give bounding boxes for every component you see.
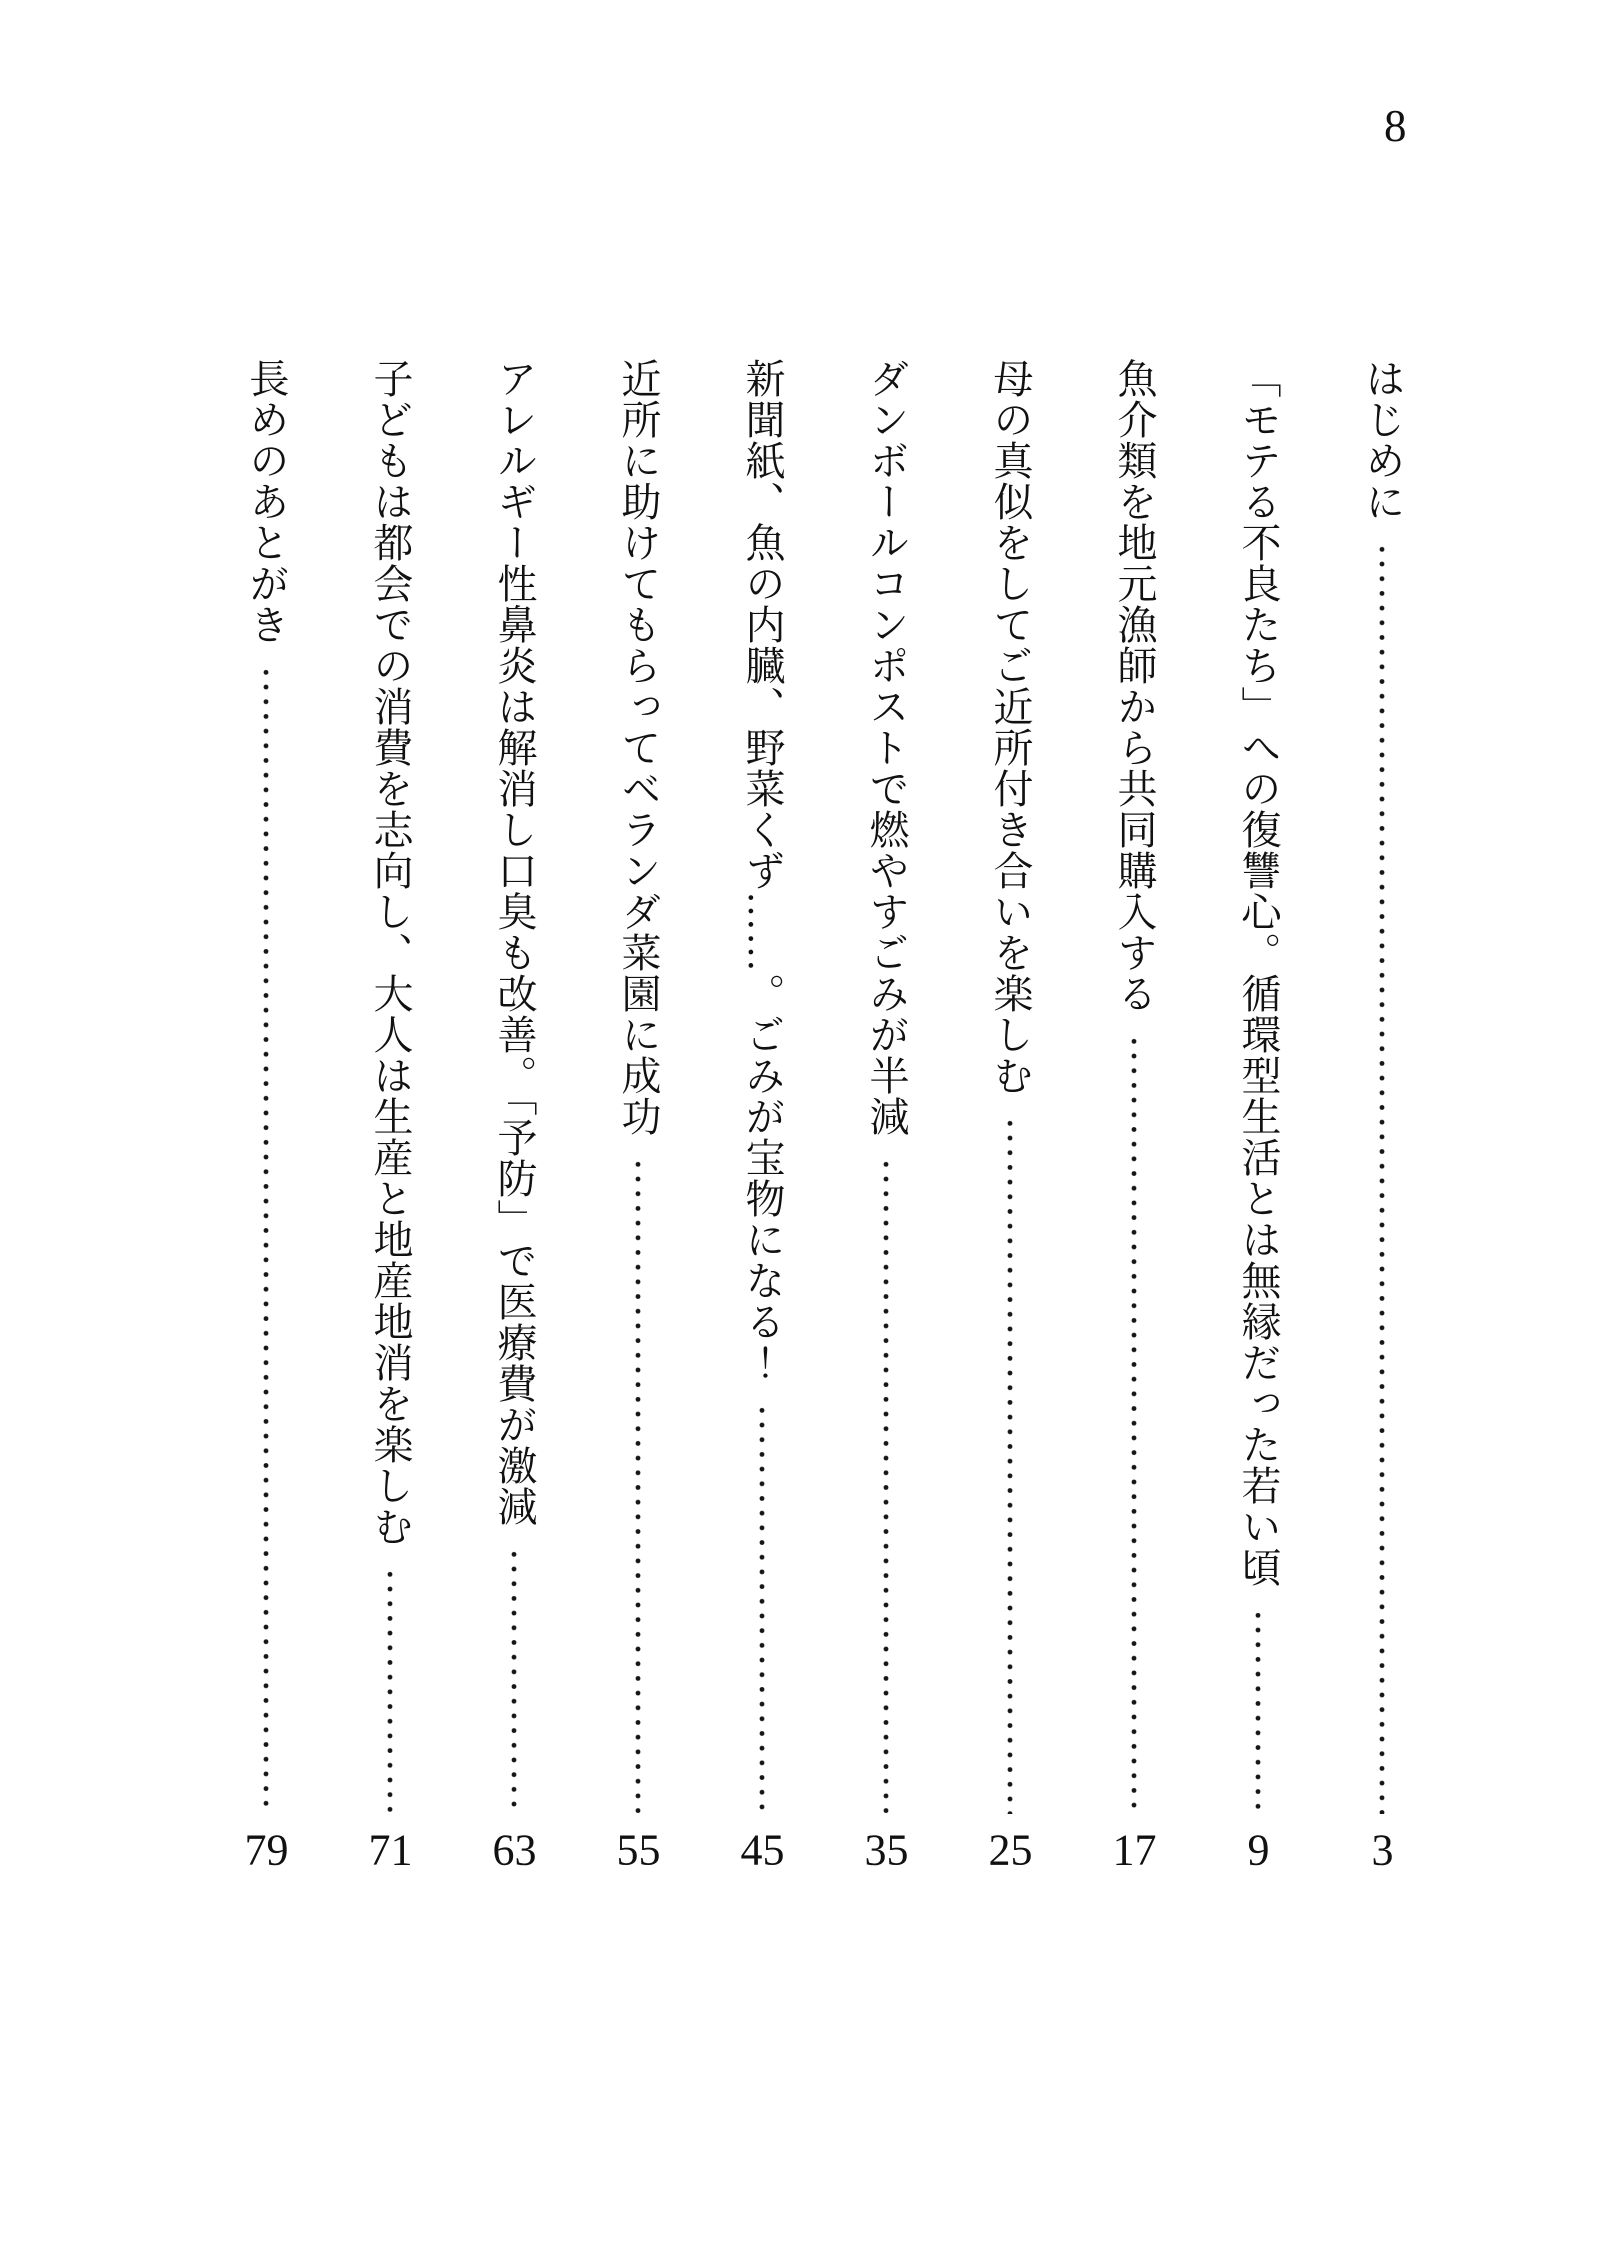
toc-dot-leader xyxy=(368,1567,412,1814)
toc-entry-page-number: 79 xyxy=(244,1828,288,1872)
toc-entry-page-number: 63 xyxy=(492,1828,536,1872)
toc-entry: 「モテる不良たち」への復讐心。循環型生活とは無縁だった若い頃 9 xyxy=(1236,358,1280,1872)
toc-entry-title: 「モテる不良たち」への復讐心。循環型生活とは無縁だった若い頃 xyxy=(1236,358,1280,1588)
toc-entry-title: はじめに xyxy=(1360,358,1404,522)
folio-page-number: 8 xyxy=(1384,104,1407,149)
toc-dot-leader xyxy=(1236,1608,1280,1814)
toc-entry-page-number: 25 xyxy=(988,1828,1032,1872)
toc-entry: 母の真似をしてご近所付き合いを楽しむ 25 xyxy=(988,358,1032,1872)
toc-entry-page-number: 71 xyxy=(368,1828,412,1872)
table-of-contents: はじめに 3 「モテる不良たち」への復讐心。循環型生活とは無縁だった若い頃 9 … xyxy=(244,358,1404,1872)
toc-dot-leader xyxy=(1360,542,1404,1814)
toc-entry-page-number: 55 xyxy=(616,1828,660,1872)
toc-dot-leader xyxy=(492,1547,536,1814)
toc-entry-title: ダンボールコンポストで燃やすごみが半減 xyxy=(864,358,908,1137)
toc-dot-leader xyxy=(740,1403,784,1814)
toc-entry: はじめに 3 xyxy=(1360,358,1404,1872)
toc-entry: 新聞紙、魚の内臓、野菜くず……。ごみが宝物になる！ 45 xyxy=(740,358,784,1872)
toc-entry-title: 母の真似をしてご近所付き合いを楽しむ xyxy=(988,358,1032,1096)
toc-entry: 子どもは都会での消費を志向し、大人は生産と地産地消を楽しむ 71 xyxy=(368,358,412,1872)
toc-entry-page-number: 45 xyxy=(740,1828,784,1872)
toc-entry-page-number: 3 xyxy=(1360,1828,1404,1872)
toc-entry-page-number: 35 xyxy=(864,1828,908,1872)
toc-dot-leader xyxy=(1112,1034,1156,1814)
toc-entry-page-number: 9 xyxy=(1236,1828,1280,1872)
toc-entry: 魚介類を地元漁師から共同購入する 17 xyxy=(1112,358,1156,1872)
toc-dot-leader xyxy=(616,1157,660,1814)
toc-entry-page-number: 17 xyxy=(1112,1828,1156,1872)
toc-entry-title: アレルギー性鼻炎は解消し口臭も改善。「予防」で医療費が激減 xyxy=(492,358,536,1527)
toc-entry: 長めのあとがき 79 xyxy=(244,358,288,1872)
toc-entry: 近所に助けてもらってベランダ菜園に成功 55 xyxy=(616,358,660,1872)
toc-dot-leader xyxy=(988,1116,1032,1814)
toc-entry-title: 子どもは都会での消費を志向し、大人は生産と地産地消を楽しむ xyxy=(368,358,412,1547)
toc-entry-title: 新聞紙、魚の内臓、野菜くず……。ごみが宝物になる！ xyxy=(740,358,784,1383)
toc-entry-title: 長めのあとがき xyxy=(244,358,288,645)
toc-entry: アレルギー性鼻炎は解消し口臭も改善。「予防」で医療費が激減 63 xyxy=(492,358,536,1872)
toc-entry: ダンボールコンポストで燃やすごみが半減 35 xyxy=(864,358,908,1872)
toc-dot-leader xyxy=(244,665,288,1814)
toc-entry-title: 近所に助けてもらってベランダ菜園に成功 xyxy=(616,358,660,1137)
toc-dot-leader xyxy=(864,1157,908,1814)
toc-entry-title: 魚介類を地元漁師から共同購入する xyxy=(1112,358,1156,1014)
